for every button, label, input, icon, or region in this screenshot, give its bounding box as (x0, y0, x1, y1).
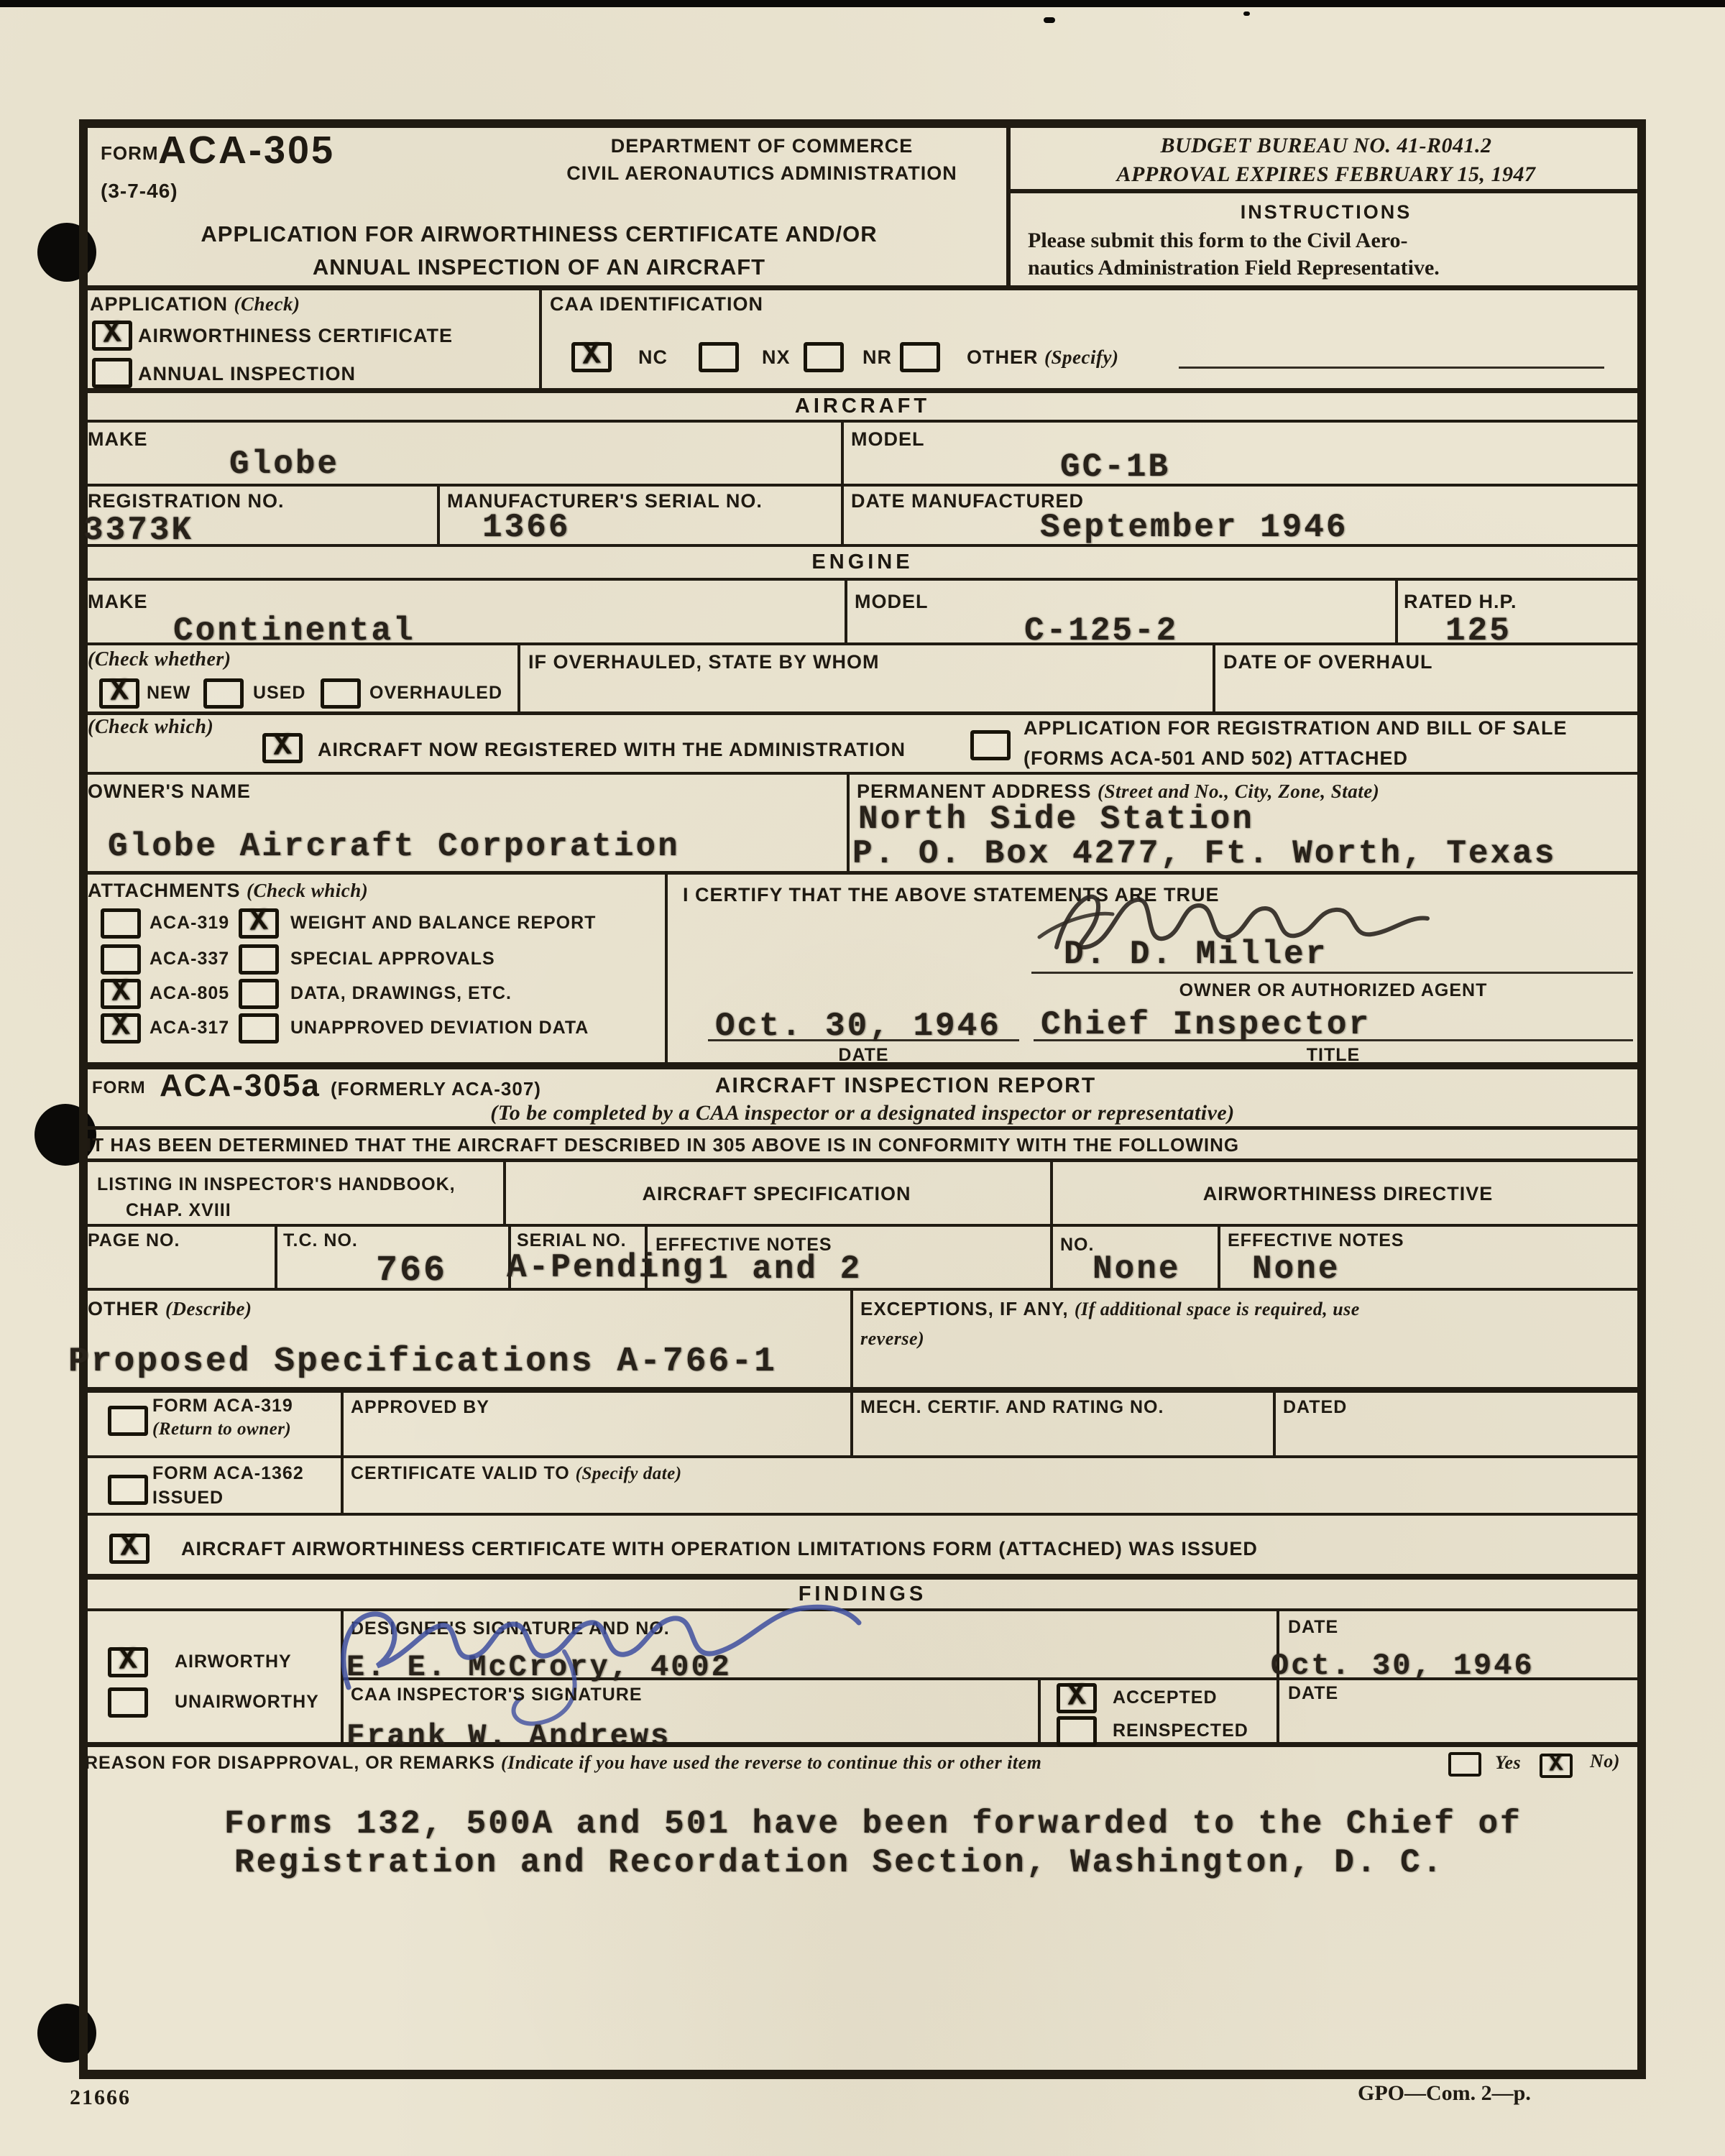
form-aca-319-checkbox[interactable] (108, 1406, 148, 1436)
check-whether-note: (Check whether) (88, 648, 231, 671)
form-aca-1362-issued-label: ISSUED (152, 1488, 224, 1508)
rule (79, 388, 1646, 393)
aca-319-checkbox[interactable] (101, 908, 141, 939)
aircraft-section-banner: AIRCRAFT (79, 395, 1646, 418)
rule (1006, 189, 1646, 193)
aircraft-specification-header: AIRCRAFT SPECIFICATION (503, 1183, 1050, 1205)
remarks-body-line2[interactable]: Registration and Recordation Section, Wa… (234, 1844, 1444, 1881)
permanent-address-label: PERMANENT ADDRESS (Street and No., City,… (857, 780, 1379, 803)
rule (517, 642, 520, 711)
rule (1050, 1224, 1053, 1288)
findings-date2-label: DATE (1288, 1683, 1338, 1704)
registration-no-value[interactable]: 3373K (83, 512, 193, 549)
305a-form-number: ACA-305a (160, 1068, 321, 1104)
other-label-text: OTHER (88, 1298, 160, 1319)
form-title-line2: ANNUAL INSPECTION OF AN AIRCRAFT (115, 254, 963, 280)
engine-overhauled-checkbox[interactable] (321, 678, 361, 709)
engine-overhauled-label: OVERHAULED (369, 683, 502, 704)
special-approvals-label: SPECIAL APPROVALS (290, 949, 495, 969)
rule (850, 1387, 853, 1455)
rule (79, 1455, 1646, 1458)
reinspected-checkbox[interactable] (1057, 1716, 1097, 1746)
rule (1273, 1387, 1276, 1455)
form-number: ACA-305 (158, 128, 335, 172)
serial-no-col-label: SERIAL NO. (517, 1230, 627, 1251)
exceptions-label-text: EXCEPTIONS, IF ANY (860, 1298, 1062, 1319)
instructions-line1: Please submit this form to the Civil Aer… (1028, 229, 1408, 253)
owner-signature-name[interactable]: D. D. Miller (1064, 936, 1328, 973)
footer-gpo: GPO—Com. 2—p. (1358, 2081, 1531, 2106)
caa-other-label-note: (Specify) (1044, 346, 1118, 368)
engine-make-value[interactable]: Continental (173, 612, 415, 650)
form-aca-319-note: (Return to owner) (152, 1419, 318, 1440)
rule (79, 119, 1646, 128)
scanned-form-aca-305: FORM ACA-305 (3-7-46) DEPARTMENT OF COMM… (0, 0, 1725, 2156)
engine-new-checkbox[interactable] (99, 678, 139, 709)
department-line2: CIVIL AERONAUTICS ADMINISTRATION (503, 162, 1021, 185)
aircraft-make-label: MAKE (88, 428, 148, 451)
rule (79, 1158, 1646, 1162)
certification-date-value[interactable]: Oct. 30, 1946 (715, 1008, 1001, 1045)
rule (845, 578, 847, 642)
rule (847, 772, 850, 871)
rule (79, 2070, 1646, 2079)
305a-form-label: FORM (92, 1078, 146, 1098)
dated-label: DATED (1283, 1397, 1347, 1418)
accepted-checkbox[interactable] (1057, 1683, 1097, 1713)
department-line1: DEPARTMENT OF COMMERCE (532, 135, 992, 157)
caa-nr-checkbox[interactable] (804, 342, 844, 372)
reason-remarks-label: REASON FOR DISAPPROVAL, OR REMARKS (Indi… (85, 1752, 1041, 1774)
aircraft-make-value[interactable]: Globe (229, 446, 339, 483)
rule (79, 711, 1646, 715)
reverse-used-no-checkbox[interactable] (1540, 1754, 1573, 1778)
certificate-valid-to-label: CERTIFICATE VALID TO (Specify date) (351, 1463, 682, 1484)
airworthiness-directive-header: AIRWORTHINESS DIRECTIVE (1050, 1183, 1646, 1205)
rated-hp-value[interactable]: 125 (1445, 612, 1512, 650)
application-section-label: APPLICATION (Check) (90, 293, 300, 315)
owner-name-label: OWNER'S NAME (88, 780, 251, 803)
aca-805-checkbox[interactable] (101, 979, 141, 1009)
budget-bureau-line2: APPROVAL EXPIRES FEBRUARY 15, 1947 (1006, 162, 1646, 187)
unapproved-deviation-checkbox[interactable] (239, 1013, 279, 1044)
caa-inspector-signature-label: CAA INSPECTOR'S SIGNATURE (351, 1685, 643, 1705)
data-drawings-checkbox[interactable] (239, 979, 279, 1009)
other-label-note: (Describe) (165, 1298, 252, 1319)
special-approvals-checkbox[interactable] (239, 944, 279, 975)
rule (79, 1126, 1646, 1130)
rule (79, 1224, 1646, 1227)
other-describe-label: OTHER (Describe) (88, 1298, 252, 1320)
rule (341, 1387, 344, 1455)
rule (79, 1574, 1646, 1580)
determination-statement: IT HAS BEEN DETERMINED THAT THE AIRCRAFT… (86, 1134, 1239, 1156)
handbook-header-line2: CHAP. XVIII (126, 1200, 231, 1221)
caa-identification-label: CAA IDENTIFICATION (550, 293, 763, 315)
engine-new-label: NEW (147, 683, 190, 704)
rule (275, 1224, 277, 1288)
caa-nx-checkbox[interactable] (699, 342, 739, 372)
rule (79, 544, 1646, 547)
data-drawings-label: DATA, DRAWINGS, ETC. (290, 983, 512, 1004)
directive-no-label: NO. (1060, 1235, 1094, 1256)
rule (850, 1288, 853, 1387)
rule (341, 1455, 344, 1513)
caa-other-label: OTHER (Specify) (967, 346, 1118, 369)
tc-no-label: T.C. NO. (283, 1230, 358, 1251)
handbook-header-line1: LISTING IN INSPECTOR'S HANDBOOK, (97, 1174, 456, 1195)
overhauled-by-label: IF OVERHAULED, STATE BY WHOM (528, 651, 880, 673)
engine-make-label: MAKE (88, 591, 148, 613)
bill-of-sale-label-line2: (FORMS ACA-501 AND 502) ATTACHED (1023, 747, 1408, 770)
accepted-label: ACCEPTED (1113, 1687, 1218, 1708)
owner-address-line2[interactable]: P. O. Box 4277, Ft. Worth, Texas (852, 835, 1556, 872)
rule (665, 871, 668, 1065)
exceptions-note-line1: (If additional space is required, use (1075, 1299, 1360, 1319)
instructions-line2: nautics Administration Field Representat… (1028, 256, 1440, 280)
serial-no-value[interactable]: 1366 (482, 509, 570, 546)
caa-inspector-signature-name[interactable]: Frank W. Andrews (346, 1719, 671, 1754)
form-aca-319-label: FORM ACA-319 (152, 1396, 293, 1416)
airworthiness-certificate-label: AIRWORTHINESS CERTIFICATE (138, 325, 453, 347)
date-of-overhaul-label: DATE OF OVERHAUL (1223, 651, 1433, 673)
scan-edge-artifact (0, 0, 1725, 7)
rated-hp-label: RATED H.P. (1404, 591, 1517, 613)
rule (79, 578, 1646, 581)
rule (1395, 578, 1398, 642)
rule (79, 1742, 1646, 1747)
rule (79, 484, 1646, 487)
aca-317-label: ACA-317 (149, 1018, 229, 1038)
engine-used-label: USED (253, 683, 305, 704)
caa-other-checkbox[interactable] (900, 342, 940, 372)
scan-speck (1243, 11, 1250, 16)
footer-print-code: 21666 (70, 2086, 131, 2110)
rule (79, 1513, 1646, 1516)
other-specify-blank[interactable] (1179, 367, 1604, 369)
reverse-used-yes-checkbox[interactable] (1448, 1752, 1481, 1777)
rule (79, 1387, 1646, 1393)
owner-address-line1[interactable]: North Side Station (858, 801, 1254, 838)
airworthiness-issued-label: AIRCRAFT AIRWORTHINESS CERTIFICATE WITH … (181, 1538, 1258, 1560)
remarks-body-line1[interactable]: Forms 132, 500A and 501 have been forwar… (224, 1805, 1522, 1843)
annual-inspection-label: ANNUAL INSPECTION (138, 363, 356, 385)
weight-balance-label: WEIGHT AND BALANCE REPORT (290, 913, 596, 934)
form-aca-1362-checkbox[interactable] (108, 1475, 148, 1505)
caa-nc-label: NC (638, 346, 668, 369)
rule (79, 285, 1646, 290)
caa-nx-label: NX (762, 346, 791, 369)
page-no-label: PAGE NO. (88, 1230, 180, 1251)
owner-agent-label: OWNER OR AUTHORIZED AGENT (1034, 980, 1633, 1001)
annual-inspection-checkbox[interactable] (92, 358, 132, 388)
unapproved-deviation-label: UNAPPROVED DEVIATION DATA (290, 1018, 589, 1038)
registered-checkbox[interactable] (262, 733, 303, 763)
reason-label-note: (Indicate if you have used the reverse t… (501, 1752, 1041, 1773)
unairworthy-checkbox[interactable] (108, 1687, 148, 1718)
rule (437, 484, 440, 544)
form-revision: (3-7-46) (101, 180, 178, 203)
rule (539, 285, 542, 388)
reinspected-label: REINSPECTED (1113, 1720, 1248, 1741)
directive-notes-value[interactable]: None (1252, 1250, 1340, 1288)
findings-date-label: DATE (1288, 1617, 1338, 1638)
inspection-report-title: AIRCRAFT INSPECTION REPORT (546, 1074, 1265, 1098)
aca-319-label: ACA-319 (149, 913, 229, 934)
airworthiness-issued-checkbox[interactable] (109, 1534, 149, 1564)
form-aca-1362-label: FORM ACA-1362 (152, 1463, 304, 1484)
aircraft-model-label: MODEL (851, 428, 925, 451)
approved-by-label: APPROVED BY (351, 1397, 489, 1418)
engine-section-banner: ENGINE (79, 550, 1646, 574)
attachments-section-label: ATTACHMENTS (Check which) (88, 880, 368, 902)
application-label-text: APPLICATION (90, 293, 228, 315)
date-manufactured-value[interactable]: September 1946 (1040, 509, 1348, 546)
effective-notes-value[interactable]: 1 and 2 (708, 1250, 862, 1288)
rule (79, 1288, 1646, 1291)
certification-title-label: TITLE (1034, 1045, 1633, 1066)
certification-date-label: DATE (708, 1045, 1019, 1066)
permanent-address-label-note: (Street and No., City, Zone, State) (1098, 780, 1379, 802)
airworthiness-certificate-checkbox[interactable] (92, 321, 132, 351)
attachments-label-text: ATTACHMENTS (88, 880, 240, 901)
certification-title-value[interactable]: Chief Inspector (1041, 1006, 1371, 1044)
form-label: FORM (101, 142, 159, 165)
rule (841, 420, 844, 484)
registration-no-label: REGISTRATION NO. (88, 490, 285, 512)
form-title-line1: APPLICATION FOR AIRWORTHINESS CERTIFICAT… (115, 221, 963, 247)
owner-name-value[interactable]: Globe Aircraft Corporation (108, 828, 680, 865)
bill-of-sale-label-line1: APPLICATION FOR REGISTRATION AND BILL OF… (1023, 717, 1568, 740)
exceptions-note-line2: reverse) (860, 1328, 924, 1350)
reverse-used-yes-label: Yes (1495, 1752, 1521, 1774)
aca-805-label: ACA-805 (149, 983, 229, 1004)
tc-no-value[interactable]: 766 (376, 1250, 447, 1291)
caa-nc-checkbox[interactable] (571, 342, 612, 372)
mech-certif-label: MECH. CERTIF. AND RATING NO. (860, 1397, 1164, 1418)
rule (1038, 1677, 1041, 1742)
instructions-title: INSTRUCTIONS (1006, 201, 1646, 224)
bill-of-sale-checkbox[interactable] (970, 730, 1011, 760)
budget-bureau-line1: BUDGET BUREAU NO. 41-R041.2 (1006, 134, 1646, 158)
weight-balance-checkbox[interactable] (239, 908, 279, 939)
directive-notes-label: EFFECTIVE NOTES (1228, 1230, 1404, 1251)
engine-model-label: MODEL (855, 591, 929, 613)
airworthy-checkbox[interactable] (108, 1647, 148, 1677)
directive-no-value[interactable]: None (1092, 1250, 1180, 1288)
aca-337-checkbox[interactable] (101, 944, 141, 975)
scan-speck (1044, 17, 1055, 23)
other-describe-value[interactable]: Proposed Specifications A-766-1 (68, 1342, 777, 1381)
valid-to-label-note: (Specify date) (576, 1464, 682, 1483)
designee-signature-ink (327, 1580, 902, 1738)
rule (1213, 642, 1215, 711)
rule (79, 420, 1646, 423)
unairworthy-label: UNAIRWORTHY (175, 1692, 319, 1713)
rule (1218, 1224, 1220, 1288)
registered-label: AIRCRAFT NOW REGISTERED WITH THE ADMINIS… (318, 739, 906, 761)
findings-date-value[interactable]: Oct. 30, 1946 (1271, 1649, 1535, 1683)
caa-nr-label: NR (862, 346, 892, 369)
valid-to-label-text: CERTIFICATE VALID TO (351, 1463, 570, 1483)
attachments-label-note: (Check which) (247, 880, 368, 901)
exceptions-label: EXCEPTIONS, IF ANY, (If additional space… (860, 1298, 1360, 1320)
inspection-report-subtitle: (To be completed by a CAA inspector or a… (79, 1101, 1646, 1125)
reverse-used-no-label: No) (1590, 1751, 1620, 1772)
rule (79, 772, 1646, 775)
caa-other-label-text: OTHER (967, 346, 1039, 368)
engine-used-checkbox[interactable] (203, 678, 244, 709)
305a-formerly-note: (FORMERLY ACA-307) (331, 1078, 541, 1100)
engine-model-value[interactable]: C-125-2 (1024, 612, 1178, 650)
aircraft-model-value[interactable]: GC-1B (1060, 448, 1170, 486)
rule (841, 484, 844, 544)
aca-317-checkbox[interactable] (101, 1013, 141, 1044)
application-label-note: (Check) (234, 293, 300, 315)
reason-label-text: REASON FOR DISAPPROVAL, OR REMARKS (85, 1753, 495, 1773)
permanent-address-label-text: PERMANENT ADDRESS (857, 780, 1092, 802)
airworthy-label: AIRWORTHY (175, 1651, 292, 1672)
check-which-note: (Check which) (88, 716, 213, 739)
aca-337-label: ACA-337 (149, 949, 229, 969)
